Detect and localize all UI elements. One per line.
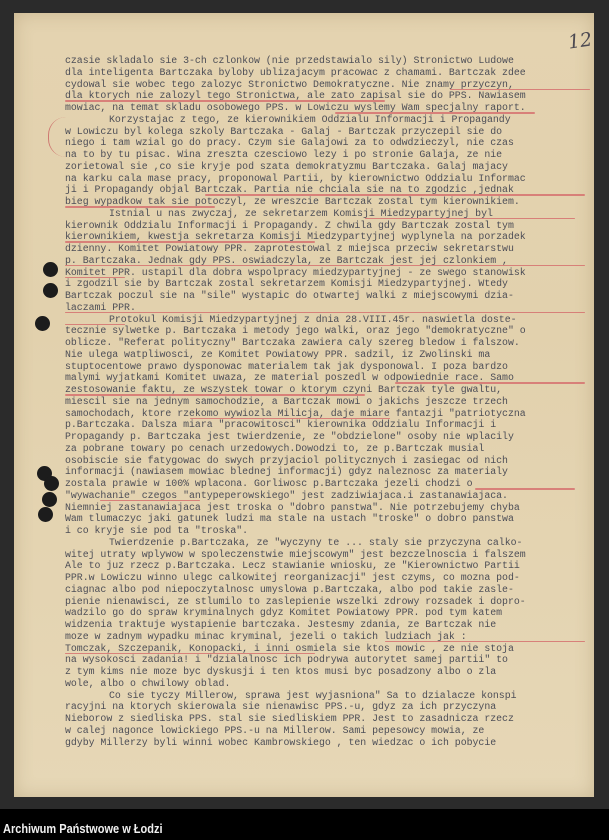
text-line: dla inteligenta Bartczaka byloby ublizaj… [65, 67, 585, 79]
text-line: Nieborow z siedliska PPS. stal sie siedl… [65, 713, 585, 725]
text-line: ciagnac albo pod niepoczytalnosc umyslow… [65, 584, 585, 596]
pencil-underline [65, 100, 385, 102]
text-line: Komitet PPR. ustapil dla dobra wspolprac… [65, 267, 585, 279]
text-line: Twierdzenie p.Bartczaka, ze "wyczyny te … [65, 537, 585, 549]
text-line: Propagandy p. Bartczaka jest twierdzenie… [65, 431, 585, 443]
page-number: 12 [567, 28, 594, 53]
text-line: Nie ulega watpliwosci, ze Komitet Powiat… [65, 349, 585, 361]
pencil-underline [190, 418, 390, 420]
punch-hole [42, 492, 57, 507]
text-line: Korzystajac z tego, ze kierownikiem Oddz… [65, 114, 585, 126]
text-line: Ale to juz rzecz p.Bartczaka. Lecz stawi… [65, 560, 585, 572]
text-line: w Lowiczu byl kolega szkoly Bartczaka - … [65, 126, 585, 138]
text-line: czasie skladalo sie 3-ch czlonkow (nie p… [65, 55, 585, 67]
text-line: kierownik Oddzialu Informacji i Propagan… [65, 220, 585, 232]
text-line: w calej nagonce lowickiego PPS.-u na Mil… [65, 725, 585, 737]
text-line: na to by tu pisac. Wina zreszta czesciow… [65, 149, 585, 161]
archive-footer-label: Archiwum Państwowe w Łodzi [3, 822, 163, 836]
text-line: witej utraty wplywow w spoleczenstwie mi… [65, 549, 585, 561]
pencil-underline [335, 112, 535, 114]
pencil-underline [65, 653, 315, 655]
text-line: na wysokosci zadania! i "dzialalnosc ich… [65, 654, 585, 666]
text-line: miescil sie na jednym samochodzie, a Bar… [65, 396, 585, 408]
text-line: Protokul Komisji Miedzypartyjnej z dnia … [65, 314, 585, 326]
text-line: osobiscie sie fatygowac do swych przyjac… [65, 455, 585, 467]
pencil-underline [205, 194, 585, 196]
text-line: informacji (nawiasem mowiac blednej info… [65, 466, 585, 478]
text-line: wole, albo o chwilowy oblad. [65, 678, 585, 690]
pencil-underline [475, 488, 575, 490]
text-line: Wam tlumaczyc jaki gatunek ludzi ma stal… [65, 513, 585, 525]
text-line: oblicze. "Referat polityczny" Bartczaka … [65, 337, 585, 349]
text-line: PPR.w Lowiczu winno ulegc calkowitej reo… [65, 572, 585, 584]
punch-hole [44, 476, 59, 491]
pencil-underline [450, 89, 590, 91]
text-line: pienie nienawisci, ze stlumilo to zaslep… [65, 596, 585, 608]
pencil-underline [65, 394, 365, 396]
punch-hole [35, 316, 50, 331]
text-line: tecznie sylwetke p. Bartczaka i metody j… [65, 325, 585, 337]
text-line: zorietowal sie ,co sie kryje pod szata d… [65, 161, 585, 173]
text-line: na karku cala mase pracy, proponowal Par… [65, 173, 585, 185]
text-line: Bartczak poczul sie na "sile" wystapic d… [65, 290, 585, 302]
pencil-underline [395, 382, 585, 384]
text-line: widzenia traktuje wystapienie bartczaka.… [65, 619, 585, 631]
punch-hole [43, 283, 58, 298]
text-line: za pobrane towary po cenach urzedowych.D… [65, 443, 585, 455]
typewritten-text: czasie skladalo sie 3-ch czlonkow (nie p… [65, 55, 585, 748]
punch-hole [38, 507, 53, 522]
pencil-underline [65, 206, 215, 208]
text-line: racyjni na ktorych skierowala sie nienaw… [65, 701, 585, 713]
text-line: Co sie tyczy Millerow, sprawa jest wyjas… [65, 690, 585, 702]
document-page: 12 czasie skladalo sie 3-ch czlonkow (ni… [14, 13, 594, 797]
text-line: gdyby Millerzy byli winni wobec Kambrows… [65, 737, 585, 749]
text-line: stuptocentowe prawo dysponowac materiale… [65, 361, 585, 373]
text-line: i co kryje sie pod ta "troska". [65, 525, 585, 537]
pencil-underline [65, 324, 125, 326]
text-line: wadzilo go do spraw kryminalnych gdyz Ko… [65, 607, 585, 619]
text-line: p.Bartczaka. Dalsza miara "pracowitosci"… [65, 419, 585, 431]
text-line: Niemniej zastanawiajaca jest troska o "d… [65, 502, 585, 514]
scan-frame: 12 czasie skladalo sie 3-ch czlonkow (ni… [0, 0, 609, 809]
punch-hole [43, 262, 58, 277]
pencil-underline [65, 241, 315, 243]
text-line: niego i tam wzial go do pracy. Czym sie … [65, 137, 585, 149]
text-line: z tym kims nie moze byc dyskusji i ten k… [65, 666, 585, 678]
text-line: i zgodzil sie by Bartczak zostal sekreta… [65, 278, 585, 290]
text-line: dzienny. Komitet Powiatowy PPR. zaprotes… [65, 243, 585, 255]
pencil-underline [65, 277, 125, 279]
